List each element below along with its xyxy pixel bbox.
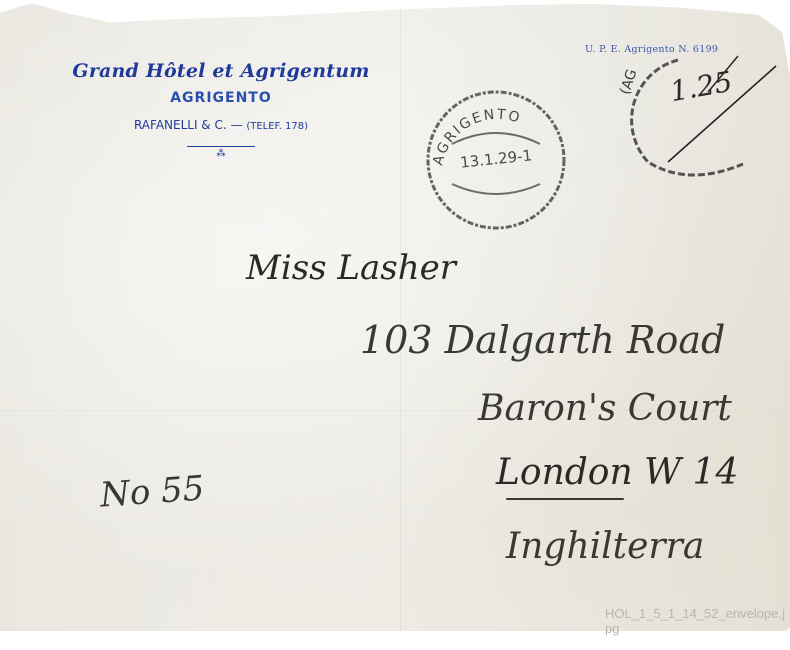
phone: (TELEF. 178) [246,121,308,132]
proprietor-line: RAFANELLI & C. — (TELEF. 178) [56,118,386,132]
filename-label: HOL_1_5_1_14_52_envelope.jpg [605,606,785,636]
address-line-district: Baron's Court [478,388,732,429]
divider-rule [187,146,255,147]
ornament-icon: ⁂ [56,150,386,159]
number-mark: No 55 [99,468,206,515]
postmark-left: AGRIGENTO 13.1.29-1 [422,86,570,234]
hotel-name: Grand Hôtel et Agrigentum [56,60,386,82]
city-underline [506,498,624,500]
postmark-right: (AG 1.25 [608,52,788,182]
address-line-city: London W 14 [496,452,738,493]
hotel-city: AGRIGENTO [56,90,386,106]
address-line-country: Inghilterra [506,526,704,567]
address-line-street: 103 Dalgarth Road [360,318,725,362]
letterhead: Grand Hôtel et Agrigentum AGRIGENTO RAFA… [56,60,386,159]
envelope: Grand Hôtel et Agrigentum AGRIGENTO RAFA… [0,0,790,640]
address-line-recipient: Miss Lasher [246,248,456,288]
proprietor: RAFANELLI & C. — [134,118,243,132]
